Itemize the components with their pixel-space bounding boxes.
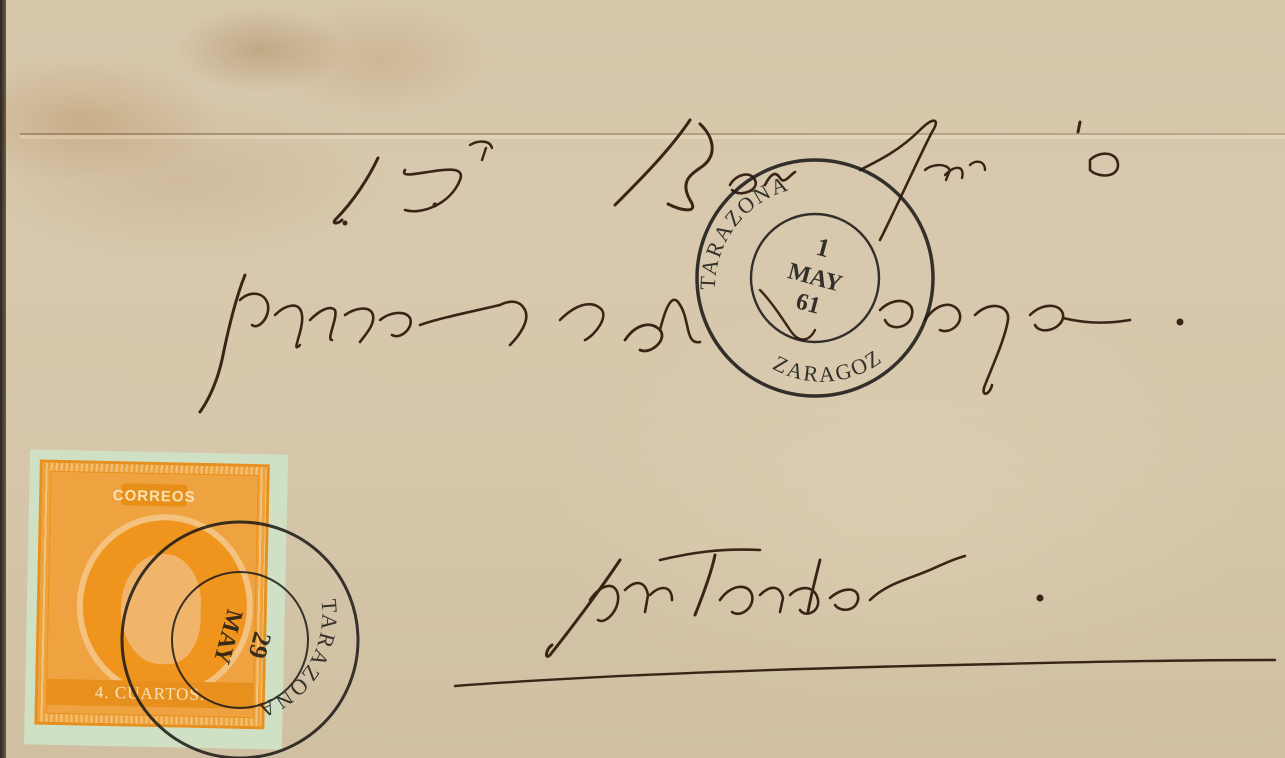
envelope-cover: S. D. Bonifacio Ferrer de Noriega Santan… xyxy=(0,0,1285,758)
svg-text:MAY: MAY xyxy=(208,607,247,667)
svg-text:TARAZONA: TARAZONA xyxy=(228,592,372,724)
postmark-tarazona-2: TARAZONA 29 MAY xyxy=(0,0,1285,758)
svg-text:29: 29 xyxy=(242,629,277,662)
